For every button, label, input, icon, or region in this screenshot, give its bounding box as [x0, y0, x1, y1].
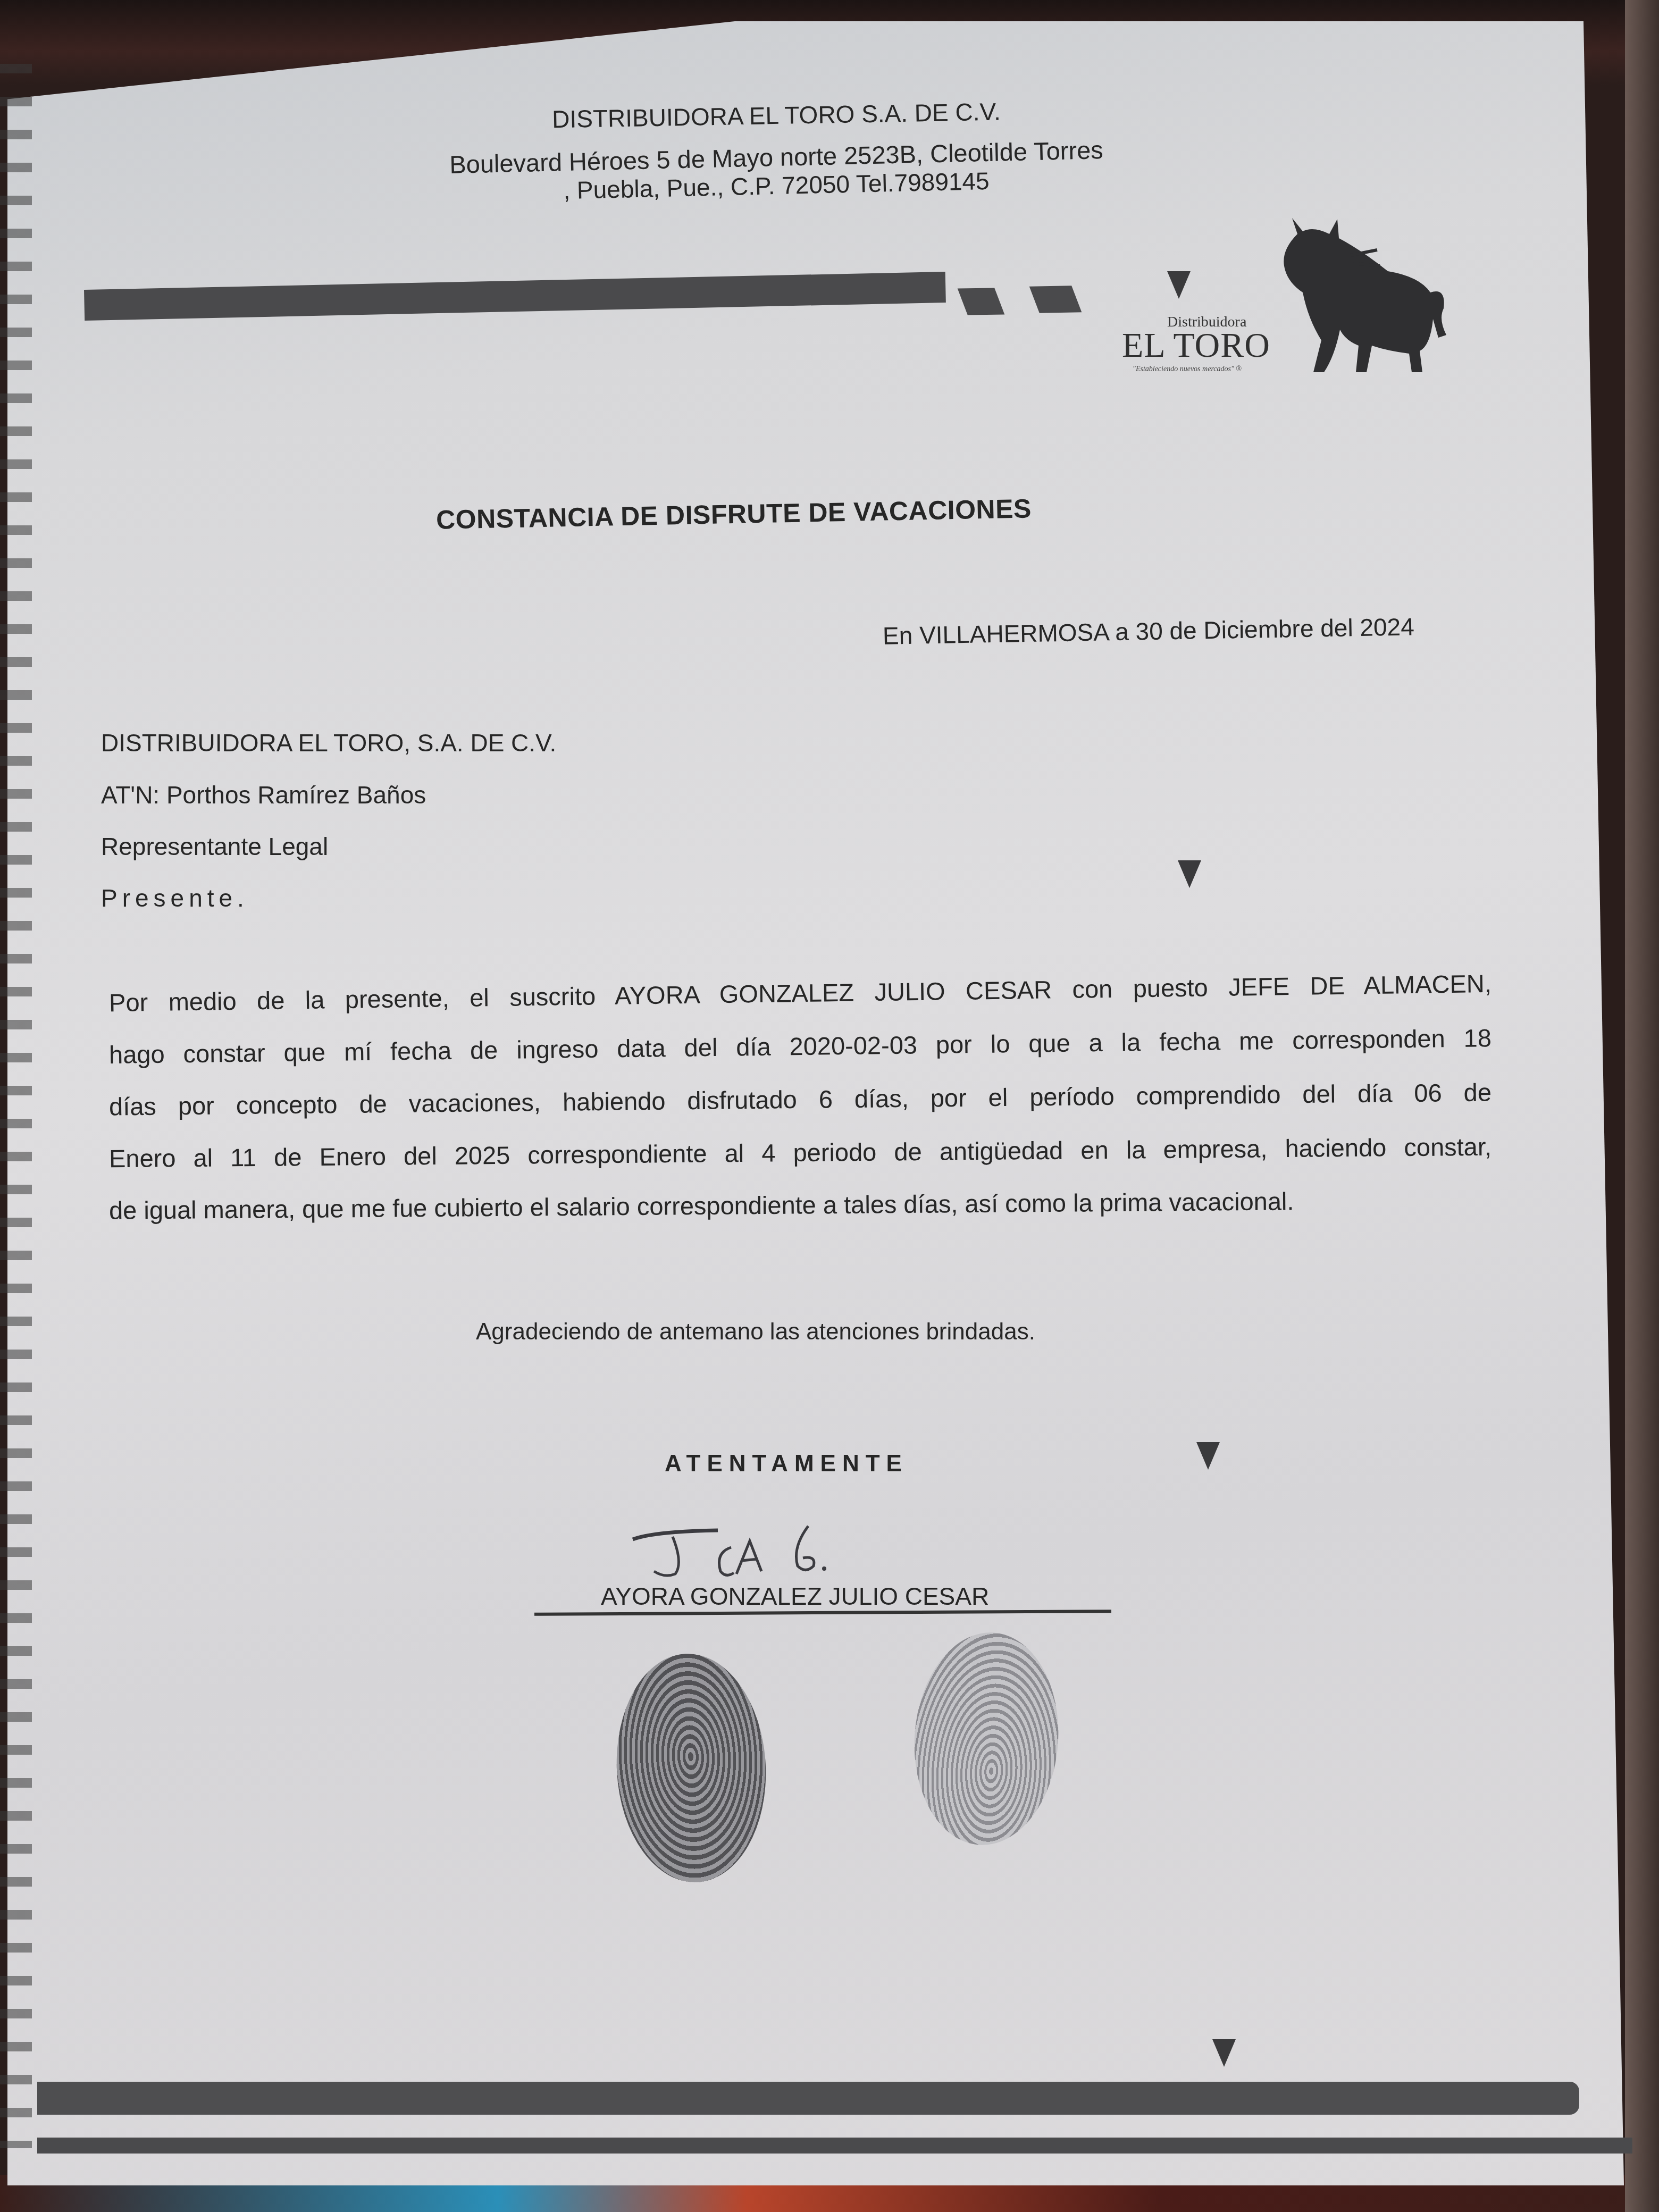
company-logo: Distribuidora EL TORO "Estableciendo nue…: [1117, 213, 1446, 383]
logo-name: EL TORO: [1122, 325, 1270, 366]
signer-name: AYORA GONZALEZ JULIO CESAR: [601, 1582, 989, 1611]
scan-marker-icon: [1178, 860, 1201, 888]
scan-marker-icon: [1196, 1442, 1220, 1470]
footer-bar: [37, 2082, 1579, 2115]
table-edge: [1625, 0, 1659, 2212]
addressee-role: Representante Legal: [101, 832, 328, 861]
scan-marker-icon: [1167, 271, 1191, 299]
addressee-company: DISTRIBUIDORA EL TORO, S.A. DE C.V.: [101, 728, 556, 757]
scan-edge-artifacts: [0, 64, 32, 2148]
footer-bar: [37, 2138, 1632, 2154]
handwritten-signature: [622, 1515, 915, 1579]
scan-marker-icon: [1212, 2039, 1236, 2067]
addressee-greeting: Presente.: [101, 884, 249, 912]
logo-slogan: "Estableciendo nuevos mercados" ®: [1133, 365, 1242, 374]
closing-thanks: Agradeciendo de antemano las atenciones …: [476, 1319, 1035, 1345]
addressee-attention: AT'N: Porthos Ramírez Baños: [101, 781, 426, 809]
closing-salutation: ATENTAMENTE: [665, 1451, 908, 1477]
